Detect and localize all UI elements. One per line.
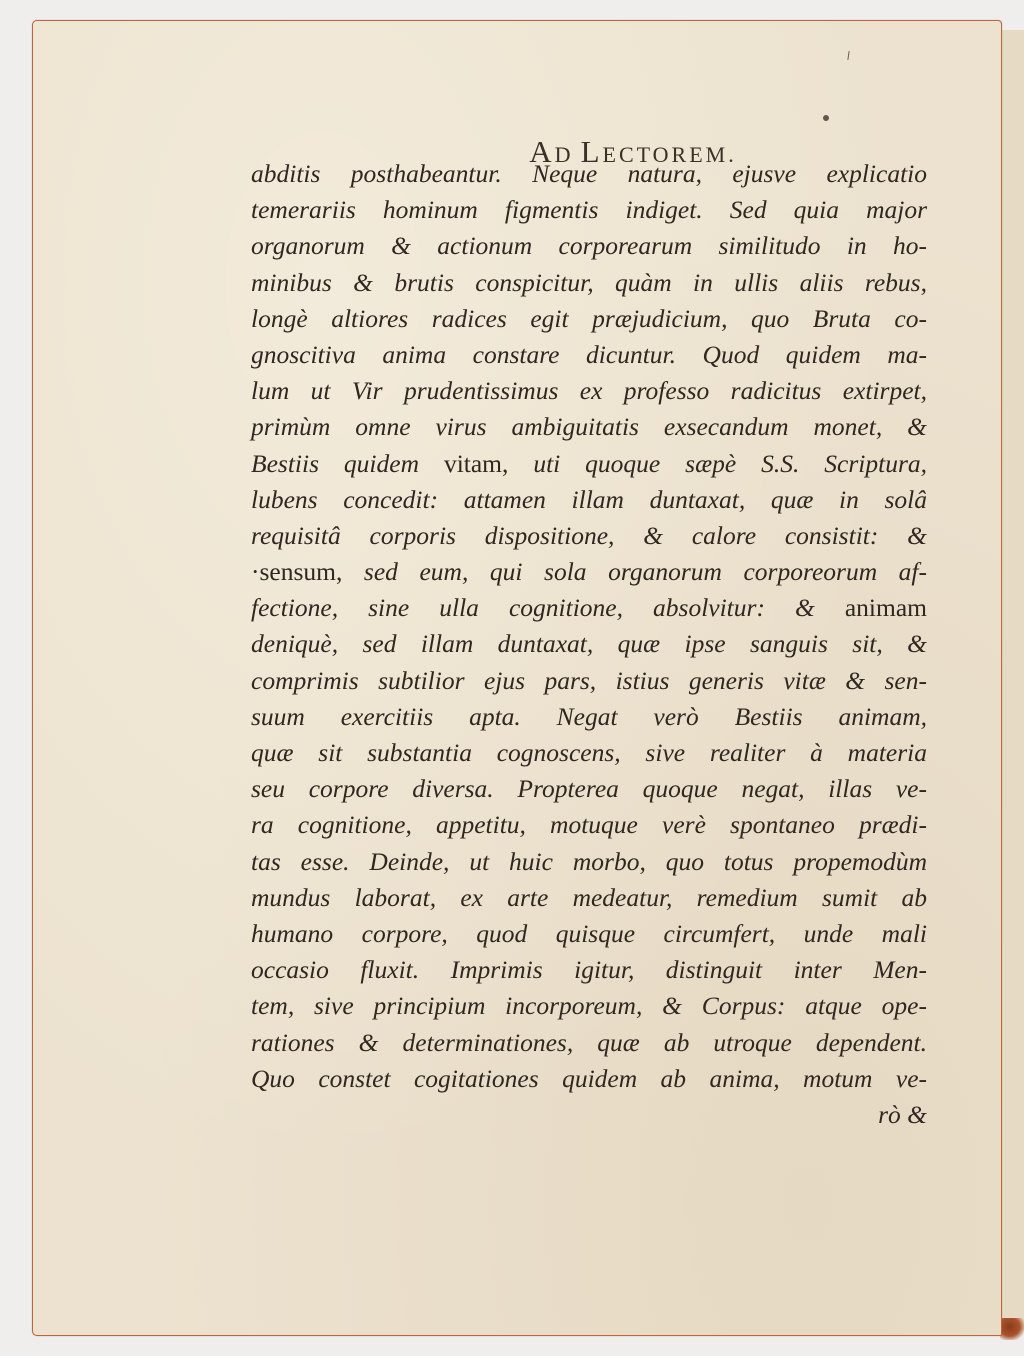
text-line: seu corpore diversa. Propterea quoque ne… (251, 771, 927, 807)
catchword: rò & (251, 1097, 927, 1133)
text-line: humano corpore, quod quisque circumfert,… (251, 916, 927, 952)
text-line: ra cognitione, appetitu, motuque verè sp… (251, 807, 927, 843)
text-line: requisitâ corporis dispositione, & calor… (251, 518, 927, 554)
text-line: comprimis subtilior ejus pars, istius ge… (251, 663, 927, 699)
text-line: Quo constet cogitationes quidem ab anima… (251, 1061, 927, 1097)
text-line: suum exercitiis apta. Negat verò Bestiis… (251, 699, 927, 735)
italic-segment: fectione, sine ulla cognitione, absolvit… (251, 593, 845, 622)
text-line: gnoscitiva anima constare dicuntur. Quod… (251, 337, 927, 373)
roman-word: animam (845, 593, 927, 622)
text-line: ·sensum, sed eum, qui sola organorum cor… (251, 554, 927, 590)
roman-word: vitam, (444, 449, 508, 478)
text-line: fectione, sine ulla cognitione, absolvit… (251, 590, 927, 626)
text-line: lubens concedit: attamen illam duntaxat,… (251, 482, 927, 518)
text-line: Bestiis quidem vitam, uti quoque sæpè S.… (251, 446, 927, 482)
ink-speck (823, 115, 829, 121)
roman-word: ·sensum, (251, 557, 342, 586)
text-line: quæ sit substantia cognoscens, sive real… (251, 735, 927, 771)
adjacent-page-corner-stain (1000, 1318, 1024, 1340)
italic-segment: Bestiis quidem (251, 449, 444, 478)
text-line: occasio fluxit. Imprimis igitur, disting… (251, 952, 927, 988)
text-line: tas esse. Deinde, ut huic morbo, quo tot… (251, 844, 927, 880)
text-line: temerariis hominum figmentis indiget. Se… (251, 192, 927, 228)
italic-segment: uti quoque sæpè S.S. Scriptura, (508, 449, 927, 478)
text-line: minibus & brutis conspicitur, quàm in ul… (251, 265, 927, 301)
text-line: rationes & determinationes, quæ ab utroq… (251, 1025, 927, 1061)
text-line: longè altiores radices egit præjudicium,… (251, 301, 927, 337)
pencil-mark (847, 51, 849, 60)
text-line: organorum & actionum corporearum similit… (251, 228, 927, 264)
italic-segment: sed eum, qui sola organorum corporeorum … (342, 557, 927, 586)
text-line: lum ut Vir prudentissimus ex professo ra… (251, 373, 927, 409)
text-line: mundus laborat, ex arte medeatur, remedi… (251, 880, 927, 916)
text-line: abditis posthabeantur. Neque natura, eju… (251, 156, 927, 192)
text-line: tem, sive principium incorporeum, & Corp… (251, 988, 927, 1024)
text-line: deniquè, sed illam duntaxat, quæ ipse sa… (251, 626, 927, 662)
text-line: primùm omne virus ambiguitatis exsecandu… (251, 409, 927, 445)
body-text: abditis posthabeantur. Neque natura, eju… (251, 156, 927, 1133)
